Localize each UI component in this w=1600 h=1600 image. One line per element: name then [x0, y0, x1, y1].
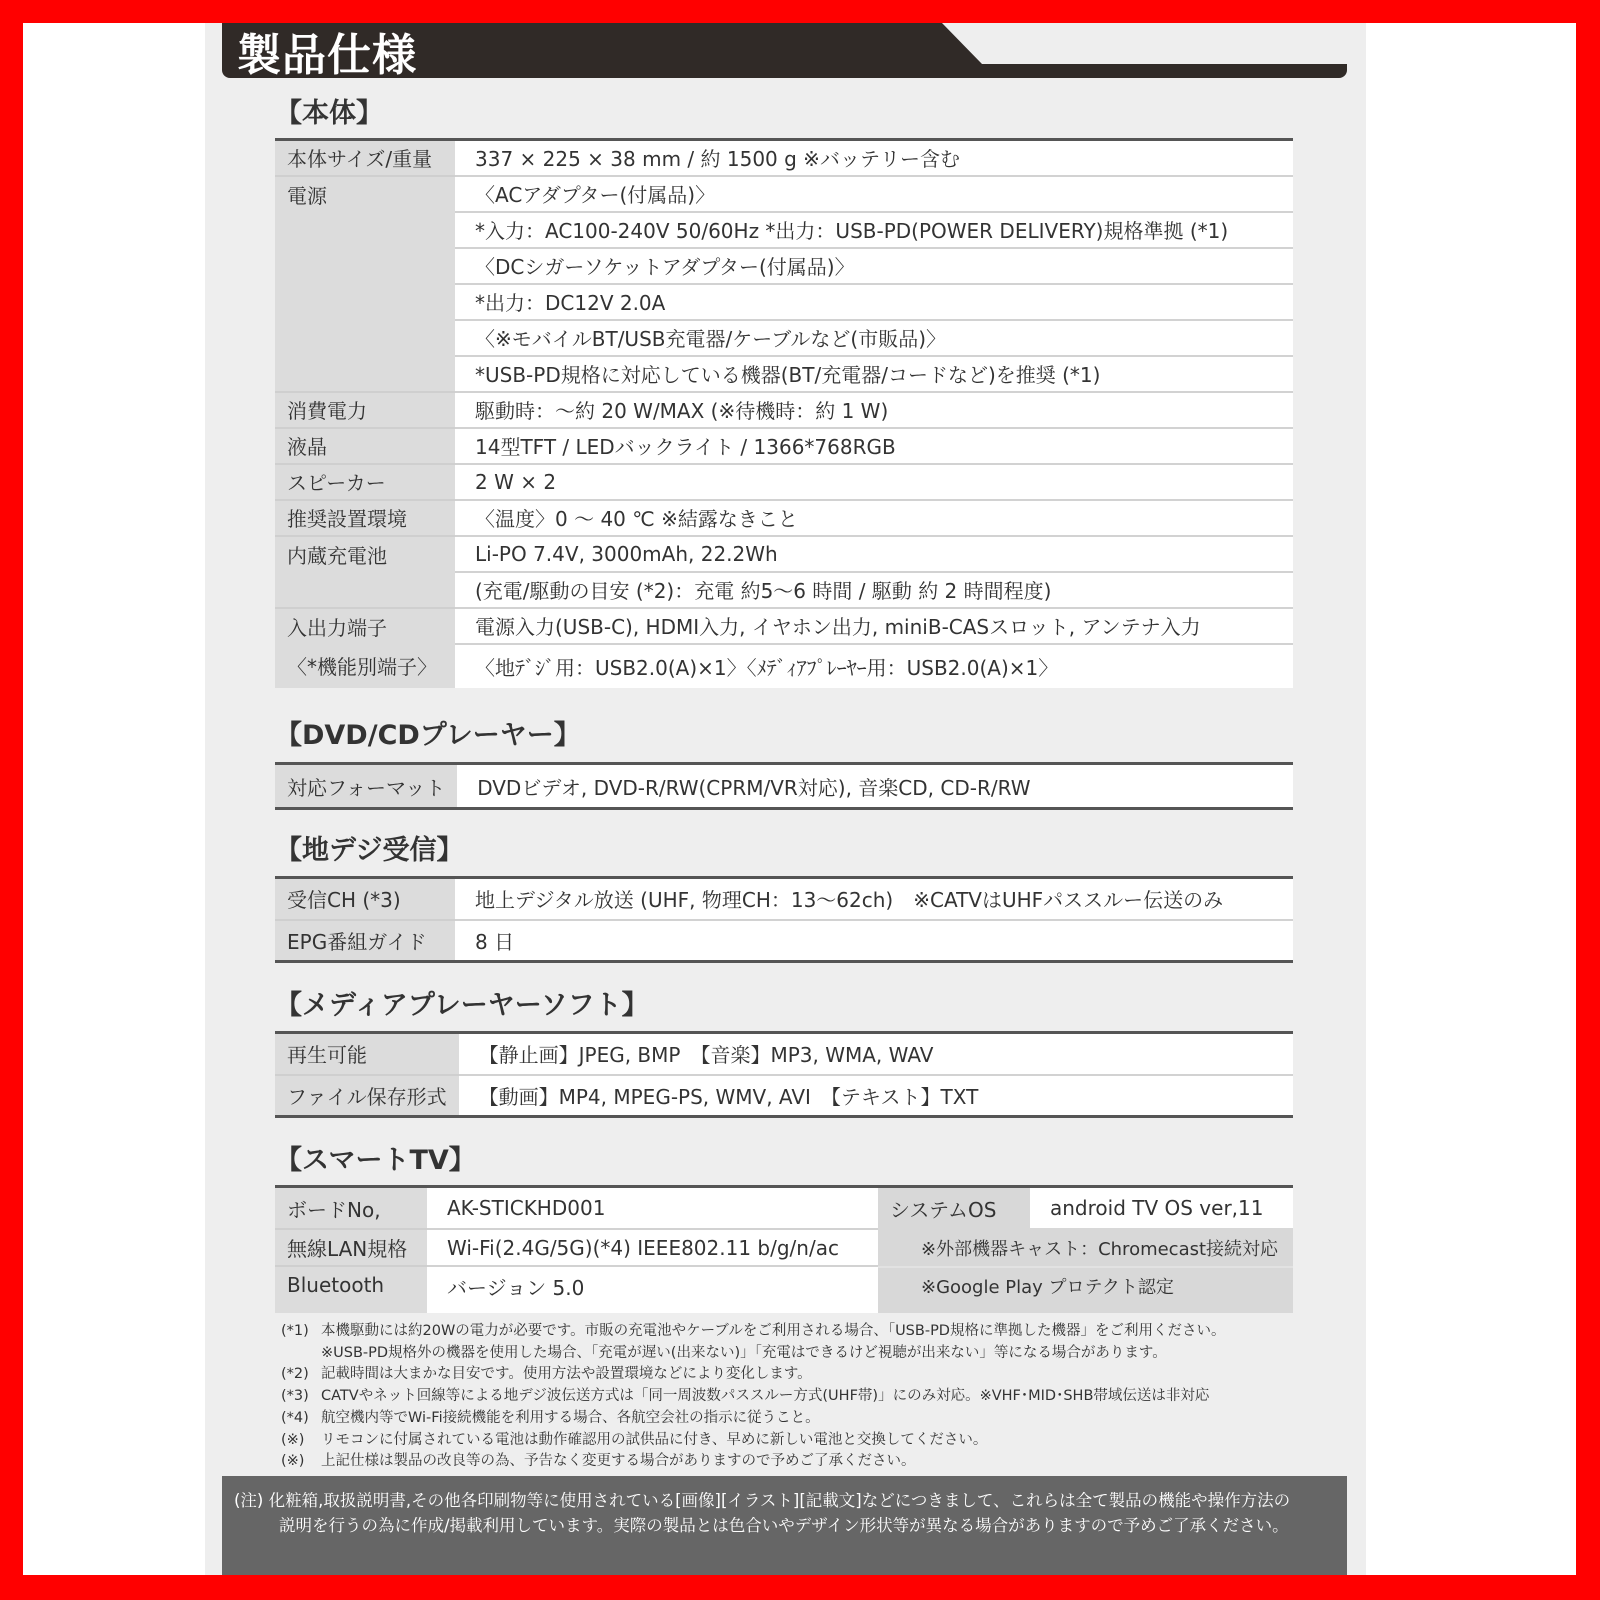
spec-key: 内蔵充電池 — [275, 536, 455, 572]
footnote-text: 記載時間は大まかな目安です。使用方法や設置環境などにより変化します。 — [321, 1364, 812, 1386]
footnote-mark: (※) — [281, 1430, 321, 1452]
spec-key: 液晶 — [275, 428, 455, 464]
spec-key — [275, 320, 455, 356]
spec-key: 本体サイズ/重量 — [275, 140, 455, 176]
spec-key: 消費電力 — [275, 392, 455, 428]
footnote: (*3)CATVやネット回線等による地デジ波伝送方式は「同一周波数パススルー方式… — [281, 1386, 1225, 1408]
google-play-note: ※Google Play プロテクト認定 — [878, 1266, 1293, 1304]
table-row: 受信CH (*3)地上デジタル放送 (UHF, 物理CH：13～62ch) ※C… — [275, 878, 1293, 920]
footnotes: (*1)本機駆動には約20Wの電力が必要です。市販の充電池やケーブルをご利用され… — [281, 1321, 1225, 1473]
spec-value: 2 W × 2 — [455, 464, 1293, 500]
wlan-key: 無線LAN規格 — [275, 1228, 427, 1265]
table-row: 再生可能【静止画】JPEG, BMP 【音楽】MP3, WMA, WAV — [275, 1033, 1293, 1075]
spec-key: 電源 — [275, 176, 455, 212]
spec-value: *USB-PD規格に対応している機器(BT/充電器/コードなど)を推奨 (*1) — [455, 356, 1293, 392]
spec-value: 〈ACアダプター(付属品)〉 — [455, 176, 1293, 212]
spec-key — [275, 212, 455, 248]
spec-value: 〈地ﾃﾞｼﾞ用：USB2.0(A)×1〉〈ﾒﾃﾞｨｱﾌﾟﾚｰﾔｰ用：USB2.0… — [455, 644, 1293, 688]
spec-value: 【動画】MP4, MPEG-PS, WMV, AVI 【テキスト】TXT — [459, 1075, 1293, 1117]
spec-value: 〈※モバイルBT/USB充電器/ケーブルなど(市販品)〉 — [455, 320, 1293, 356]
footnote-text: 航空機内等でWi-Fi接続機能を利用する場合、各航空会社の指示に従うこと。 — [321, 1408, 820, 1430]
section-title-media: 【メディアプレーヤーソフト】 — [275, 983, 649, 1022]
section-title-tv: 【地デジ受信】 — [275, 828, 463, 867]
spec-value: 337 × 225 × 38 mm / 約 1500 g ※バッテリー含む — [455, 140, 1293, 176]
board-value: AK-STICKHD001 — [427, 1188, 878, 1228]
spec-table-dvd: 対応フォーマットDVDビデオ, DVD-R/RW(CPRM/VR対応), 音楽C… — [275, 762, 1293, 810]
page-title: 製品仕様 — [237, 23, 417, 83]
spec-key: スピーカー — [275, 464, 455, 500]
table-row: 電源〈ACアダプター(付属品)〉 — [275, 176, 1293, 212]
spec-table-smart: ボードNo, 無線LAN規格 Bluetooth AK-STICKHD001 W… — [275, 1185, 1293, 1313]
header-banner: 製品仕様 — [222, 23, 1347, 78]
spec-table-tv: 受信CH (*3)地上デジタル放送 (UHF, 物理CH：13～62ch) ※C… — [275, 876, 1293, 963]
table-row: 消費電力駆動時：～約 20 W/MAX (※待機時：約 1 W) — [275, 392, 1293, 428]
table-row: 液晶14型TFT / LEDバックライト / 1366*768RGB — [275, 428, 1293, 464]
table-row: EPG番組ガイド8 日 — [275, 920, 1293, 962]
chromecast-note: ※外部機器キャスト：Chromecast接続対応 — [878, 1230, 1293, 1266]
table-row: *USB-PD規格に対応している機器(BT/充電器/コードなど)を推奨 (*1) — [275, 356, 1293, 392]
os-key: システムOS — [878, 1188, 1030, 1228]
footnote-text: ※USB-PD規格外の機器を使用した場合、「充電が遅い(出来ない)」「充電はでき… — [321, 1343, 1167, 1365]
table-row: 〈DCシガーソケットアダプター(付属品)〉 — [275, 248, 1293, 284]
section-title-dvd: 【DVD/CDプレーヤー】 — [275, 713, 581, 752]
spec-value: 8 日 — [455, 920, 1293, 962]
footnote: (※)リモコンに付属されている電池は動作確認用の試供品に付き、早めに新しい電池と… — [281, 1430, 1225, 1452]
footnote-mark: (*1) — [281, 1321, 321, 1343]
spec-key: EPG番組ガイド — [275, 920, 455, 962]
footnote-text: 上記仕様は製品の改良等の為、予告なく変更する場合がありますので予めご了承ください… — [321, 1451, 916, 1473]
spec-key — [275, 572, 455, 608]
spec-value: 【静止画】JPEG, BMP 【音楽】MP3, WMA, WAV — [459, 1033, 1293, 1075]
section-title-body: 【本体】 — [275, 91, 383, 130]
table-row: 内蔵充電池Li-PO 7.4V, 3000mAh, 22.2Wh — [275, 536, 1293, 572]
footnote-text: リモコンに付属されている電池は動作確認用の試供品に付き、早めに新しい電池と交換し… — [321, 1430, 987, 1452]
spec-sheet: 製品仕様 【本体】 本体サイズ/重量337 × 225 × 38 mm / 約 … — [205, 23, 1366, 1575]
section-title-smart: 【スマートTV】 — [275, 1138, 476, 1177]
spec-key: 受信CH (*3) — [275, 878, 455, 920]
spec-value: 地上デジタル放送 (UHF, 物理CH：13～62ch) ※CATVはUHFパス… — [455, 878, 1293, 920]
spec-value: DVDビデオ, DVD-R/RW(CPRM/VR対応), 音楽CD, CD-R/… — [457, 764, 1293, 809]
table-row: 〈※モバイルBT/USB充電器/ケーブルなど(市販品)〉 — [275, 320, 1293, 356]
table-row: 推奨設置環境〈温度〉0 ～ 40 ℃ ※結露なきこと — [275, 500, 1293, 536]
spec-value: 14型TFT / LEDバックライト / 1366*768RGB — [455, 428, 1293, 464]
table-row: 対応フォーマットDVDビデオ, DVD-R/RW(CPRM/VR対応), 音楽C… — [275, 764, 1293, 809]
spec-key: 〈*機能別端子〉 — [275, 644, 455, 688]
footnote: ※USB-PD規格外の機器を使用した場合、「充電が遅い(出来ない)」「充電はでき… — [281, 1343, 1225, 1365]
spec-key: 入出力端子 — [275, 608, 455, 644]
table-row: スピーカー2 W × 2 — [275, 464, 1293, 500]
spec-value: 電源入力(USB-C), HDMI入力, イヤホン出力, miniB-CASスロ… — [455, 608, 1293, 644]
footnote: (*1)本機駆動には約20Wの電力が必要です。市販の充電池やケーブルをご利用され… — [281, 1321, 1225, 1343]
spec-value: (充電/駆動の目安 (*2)：充電 約5～6 時間 / 駆動 約 2 時間程度) — [455, 572, 1293, 608]
table-row: ファイル保存形式【動画】MP4, MPEG-PS, WMV, AVI 【テキスト… — [275, 1075, 1293, 1117]
wlan-value: Wi-Fi(2.4G/5G)(*4) IEEE802.11 b/g/n/ac — [427, 1228, 878, 1265]
spec-value: 〈温度〉0 ～ 40 ℃ ※結露なきこと — [455, 500, 1293, 536]
spec-key: 対応フォーマット — [275, 764, 457, 809]
spec-table-body: 本体サイズ/重量337 × 225 × 38 mm / 約 1500 g ※バッ… — [275, 138, 1293, 688]
footnote: (*4)航空機内等でWi-Fi接続機能を利用する場合、各航空会社の指示に従うこと… — [281, 1408, 1225, 1430]
spec-value: 〈DCシガーソケットアダプター(付属品)〉 — [455, 248, 1293, 284]
footnote: (※)上記仕様は製品の改良等の為、予告なく変更する場合がありますので予めご了承く… — [281, 1451, 1225, 1473]
board-key: ボードNo, — [275, 1188, 427, 1228]
bt-key: Bluetooth — [275, 1265, 427, 1303]
spec-value: *入力：AC100-240V 50/60Hz *出力：USB-PD(POWER … — [455, 212, 1293, 248]
footnote-mark: (※) — [281, 1451, 321, 1473]
table-row: 〈*機能別端子〉〈地ﾃﾞｼﾞ用：USB2.0(A)×1〉〈ﾒﾃﾞｨｱﾌﾟﾚｰﾔｰ… — [275, 644, 1293, 688]
table-row: *出力：DC12V 2.0A — [275, 284, 1293, 320]
spec-table-media: 再生可能【静止画】JPEG, BMP 【音楽】MP3, WMA, WAV ファイ… — [275, 1031, 1293, 1118]
disclaimer-line: 説明を行うの為に作成/掲載利用しています。実際の製品とは色合いやデザイン形状等が… — [234, 1513, 1335, 1538]
spec-key — [275, 248, 455, 284]
bt-value: バージョン 5.0 — [427, 1265, 878, 1313]
page-frame: 製品仕様 【本体】 本体サイズ/重量337 × 225 × 38 mm / 約 … — [23, 23, 1576, 1575]
footnote-mark — [281, 1343, 321, 1365]
spec-value: Li-PO 7.4V, 3000mAh, 22.2Wh — [455, 536, 1293, 572]
spec-key: 推奨設置環境 — [275, 500, 455, 536]
spec-key: 再生可能 — [275, 1033, 459, 1075]
footnote-mark: (*3) — [281, 1386, 321, 1408]
spec-value: 駆動時：～約 20 W/MAX (※待機時：約 1 W) — [455, 392, 1293, 428]
table-row: (充電/駆動の目安 (*2)：充電 約5～6 時間 / 駆動 約 2 時間程度) — [275, 572, 1293, 608]
table-row: *入力：AC100-240V 50/60Hz *出力：USB-PD(POWER … — [275, 212, 1293, 248]
footnote-text: CATVやネット回線等による地デジ波伝送方式は「同一周波数パススルー方式(UHF… — [321, 1386, 1209, 1408]
spec-key — [275, 356, 455, 392]
footnote: (*2)記載時間は大まかな目安です。使用方法や設置環境などにより変化します。 — [281, 1364, 1225, 1386]
table-row: 本体サイズ/重量337 × 225 × 38 mm / 約 1500 g ※バッ… — [275, 140, 1293, 176]
footnote-mark: (*4) — [281, 1408, 321, 1430]
footnote-text: 本機駆動には約20Wの電力が必要です。市販の充電池やケーブルをご利用される場合、… — [321, 1321, 1225, 1343]
table-row: 入出力端子電源入力(USB-C), HDMI入力, イヤホン出力, miniB-… — [275, 608, 1293, 644]
disclaimer-line: (注) 化粧箱,取扱説明書,その他各印刷物等に使用されている[画像][イラスト]… — [234, 1488, 1335, 1513]
footnote-mark: (*2) — [281, 1364, 321, 1386]
disclaimer-box: (注) 化粧箱,取扱説明書,その他各印刷物等に使用されている[画像][イラスト]… — [222, 1476, 1347, 1575]
spec-key: ファイル保存形式 — [275, 1075, 459, 1117]
spec-key — [275, 284, 455, 320]
spec-value: *出力：DC12V 2.0A — [455, 284, 1293, 320]
os-value: android TV OS ver,11 — [1030, 1188, 1293, 1228]
